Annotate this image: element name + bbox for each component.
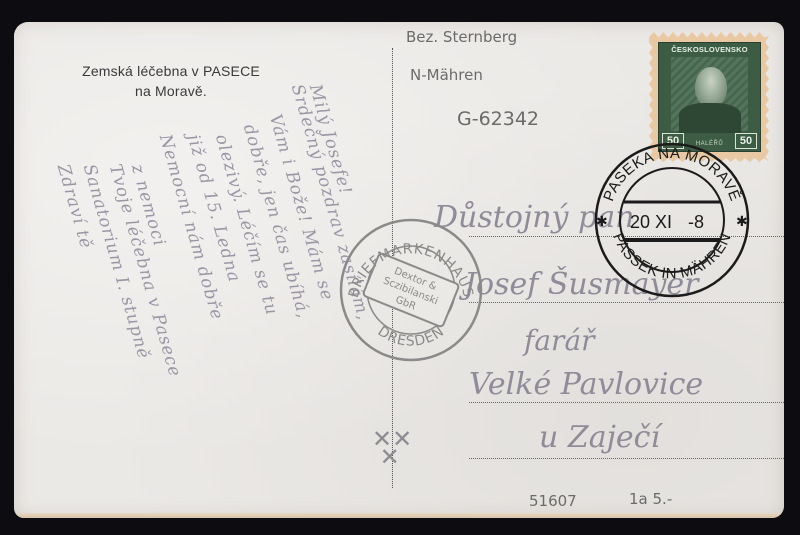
- postmark-top-text: PASEKA NA MORAVĚ: [600, 145, 743, 204]
- svg-text:✱: ✱: [736, 213, 748, 229]
- pencil-region: N-Mähren: [410, 66, 483, 84]
- pencil-district: Bez. Sternberg: [406, 28, 517, 46]
- card-edge: [14, 513, 784, 518]
- handwritten-message: Milý Josefe! Srdečný pozdrav zasílám, Vá…: [24, 52, 384, 492]
- address-district: u Zaječí: [539, 420, 660, 455]
- address-title: farář: [524, 324, 595, 357]
- address-town: Velké Pavlovice: [469, 367, 703, 402]
- postmark-time: -8: [688, 212, 704, 232]
- dealer-stamp: Dextor & Sczibilanski GbR BRIEFMARKENHAU…: [336, 215, 486, 365]
- svg-text:✱: ✱: [596, 213, 608, 229]
- portrait-icon: [671, 57, 748, 131]
- pencil-catalog-code: G-62342: [457, 108, 539, 130]
- pencil-price: 1a 5.-: [629, 490, 672, 508]
- address-line-rule: [469, 458, 784, 459]
- svg-text:DRESDEN: DRESDEN: [375, 323, 448, 349]
- postmark-date: 20 XI: [630, 212, 672, 232]
- postmark: PASEKA NA MORAVĚ PASSEK IN MÄHREN 20 XI …: [592, 140, 752, 300]
- address-line-rule: [469, 402, 784, 403]
- postcard: Zemská léčebna v PASECE na Moravě. Milý …: [14, 22, 784, 518]
- dealer-ring-bottom: DRESDEN: [375, 323, 448, 349]
- cross-marks: ✕✕ ✕: [372, 430, 412, 466]
- address-line-rule: [469, 302, 784, 303]
- stamp-country: ČESKOSLOVENSKO: [659, 45, 760, 54]
- svg-text:PASEKA NA MORAVĚ: PASEKA NA MORAVĚ: [600, 145, 743, 204]
- pencil-reference: 51607: [529, 492, 577, 510]
